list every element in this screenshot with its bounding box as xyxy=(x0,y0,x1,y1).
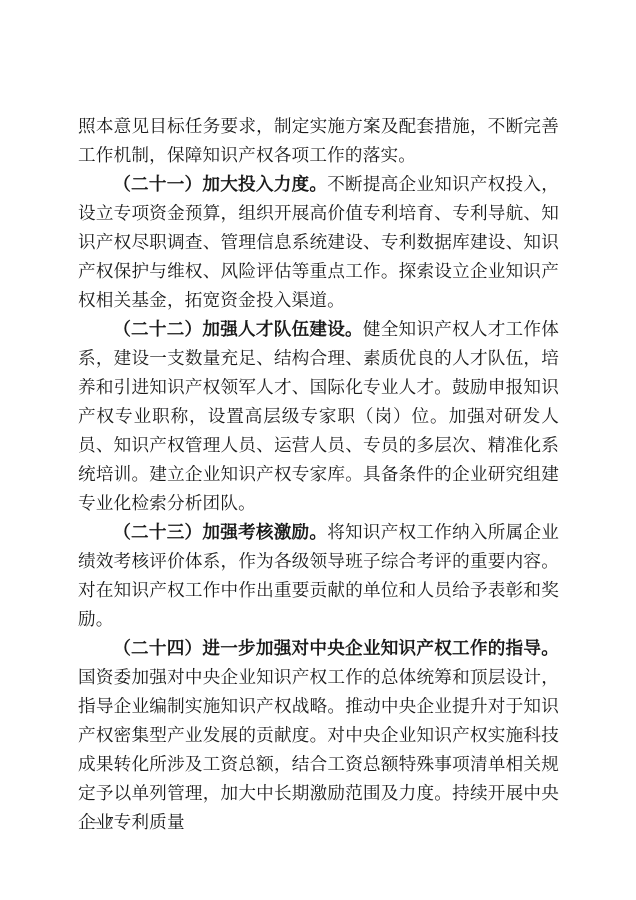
section-heading: （二十三）加强考核激励。 xyxy=(113,522,327,542)
document-page: 照本意见目标任务要求，制定实施方案及配套措施，不断完善工作机制，保障知识产权各项… xyxy=(0,0,636,900)
paragraph-text: 不断提高企业知识产权投入，设立专项资金预算，组织开展高价值专利培育、专利导航、知… xyxy=(78,174,559,310)
paragraph-item-24: （二十四）进一步加强对中央企业知识产权工作的指导。国资委加强对中央企业知识产权工… xyxy=(78,634,559,837)
document-body: 照本意见目标任务要求，制定实施方案及配套措施，不断完善工作机制，保障知识产权各项… xyxy=(78,112,559,837)
section-heading: （二十二）加强人才队伍建设。 xyxy=(113,319,363,339)
section-heading: （二十一）加大投入力度。 xyxy=(113,174,327,194)
paragraph-continuation: 照本意见目标任务要求，制定实施方案及配套措施，不断完善工作机制，保障知识产权各项… xyxy=(78,112,559,170)
paragraph-item-21: （二十一）加大投入力度。不断提高企业知识产权投入，设立专项资金预算，组织开展高价… xyxy=(78,170,559,315)
paragraph-text: 照本意见目标任务要求，制定实施方案及配套措施，不断完善工作机制，保障知识产权各项… xyxy=(78,116,559,165)
paragraph-item-22: （二十二）加强人才队伍建设。健全知识产权人才工作体系，建设一支数量充足、结构合理… xyxy=(78,315,559,518)
paragraph-text: 健全知识产权人才工作体系，建设一支数量充足、结构合理、素质优良的人才队伍，培养和… xyxy=(78,319,559,513)
page-number: – 7 – xyxy=(92,814,130,832)
section-heading: （二十四）进一步加强对中央企业知识产权工作的指导。 xyxy=(113,638,559,658)
paragraph-text: 国资委加强对中央企业知识产权工作的总体统筹和顶层设计，指导企业编制实施知识产权战… xyxy=(78,667,559,832)
paragraph-item-23: （二十三）加强考核激励。将知识产权工作纳入所属企业绩效考核评价体系，作为各级领导… xyxy=(78,518,559,634)
